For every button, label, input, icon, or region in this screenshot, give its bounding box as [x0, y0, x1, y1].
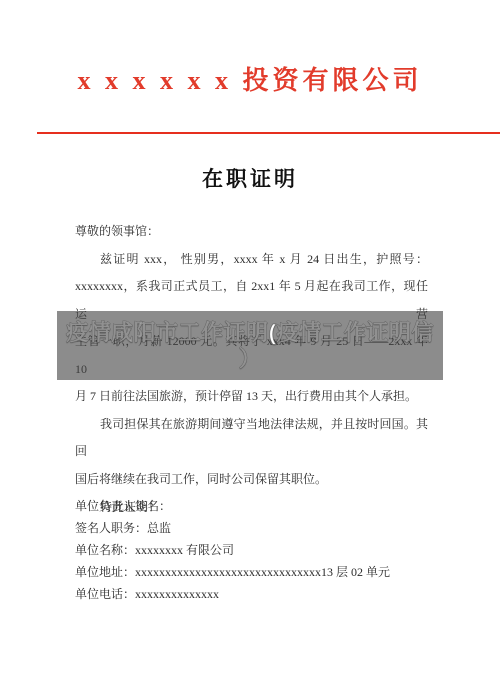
signature-signer-title: 签名人职务：总监 — [75, 517, 460, 539]
greeting-line: 尊敬的领事馆： — [75, 218, 428, 246]
body-line: 国后将继续在我司工作，同时公司保留其职位。 — [75, 466, 428, 494]
body-line: 我司担保其在旅游期间遵守当地法律法规，并且按时回国。其回 — [75, 411, 428, 466]
signature-company-phone: 单位电话：xxxxxxxxxxxxxx — [75, 583, 460, 605]
body-line: 主管一职，月薪 12000 元。其将于 xxx4 年 9 月 25 日——2xx… — [75, 328, 428, 383]
signature-company-address: 单位地址：xxxxxxxxxxxxxxxxxxxxxxxxxxxxxxx13 层… — [75, 561, 460, 583]
body-line: 兹证明 xxx， 性别男，xxxx 年 x 月 24 日出生，护照号： — [75, 246, 428, 274]
body-line: xxxxxxxx，系我司正式员工，自 2xx1 年 5 月起在我司工作，现任运营 — [75, 273, 428, 328]
body-line: 月 7 日前往法国旅游，预计停留 13 天，出行费用由其个人承担。 — [75, 383, 428, 411]
signature-company-name: 单位名称：xxxxxxxx 有限公司 — [75, 539, 460, 561]
letterhead-divider-rule — [37, 132, 500, 134]
document-body: 尊敬的领事馆： 兹证明 xxx， 性别男，xxxx 年 x 月 24 日出生，护… — [75, 218, 428, 522]
signature-block: 单位负责人签名： 签名人职务：总监 单位名称：xxxxxxxx 有限公司 单位地… — [75, 495, 460, 605]
document-title: 在职证明 — [0, 163, 500, 193]
signature-signer-label: 单位负责人签名： — [75, 495, 460, 517]
company-letterhead: x x x x x x 投资有限公司 — [0, 60, 500, 97]
document-page: x x x x x x 投资有限公司 在职证明 尊敬的领事馆： 兹证明 xxx，… — [0, 0, 500, 693]
